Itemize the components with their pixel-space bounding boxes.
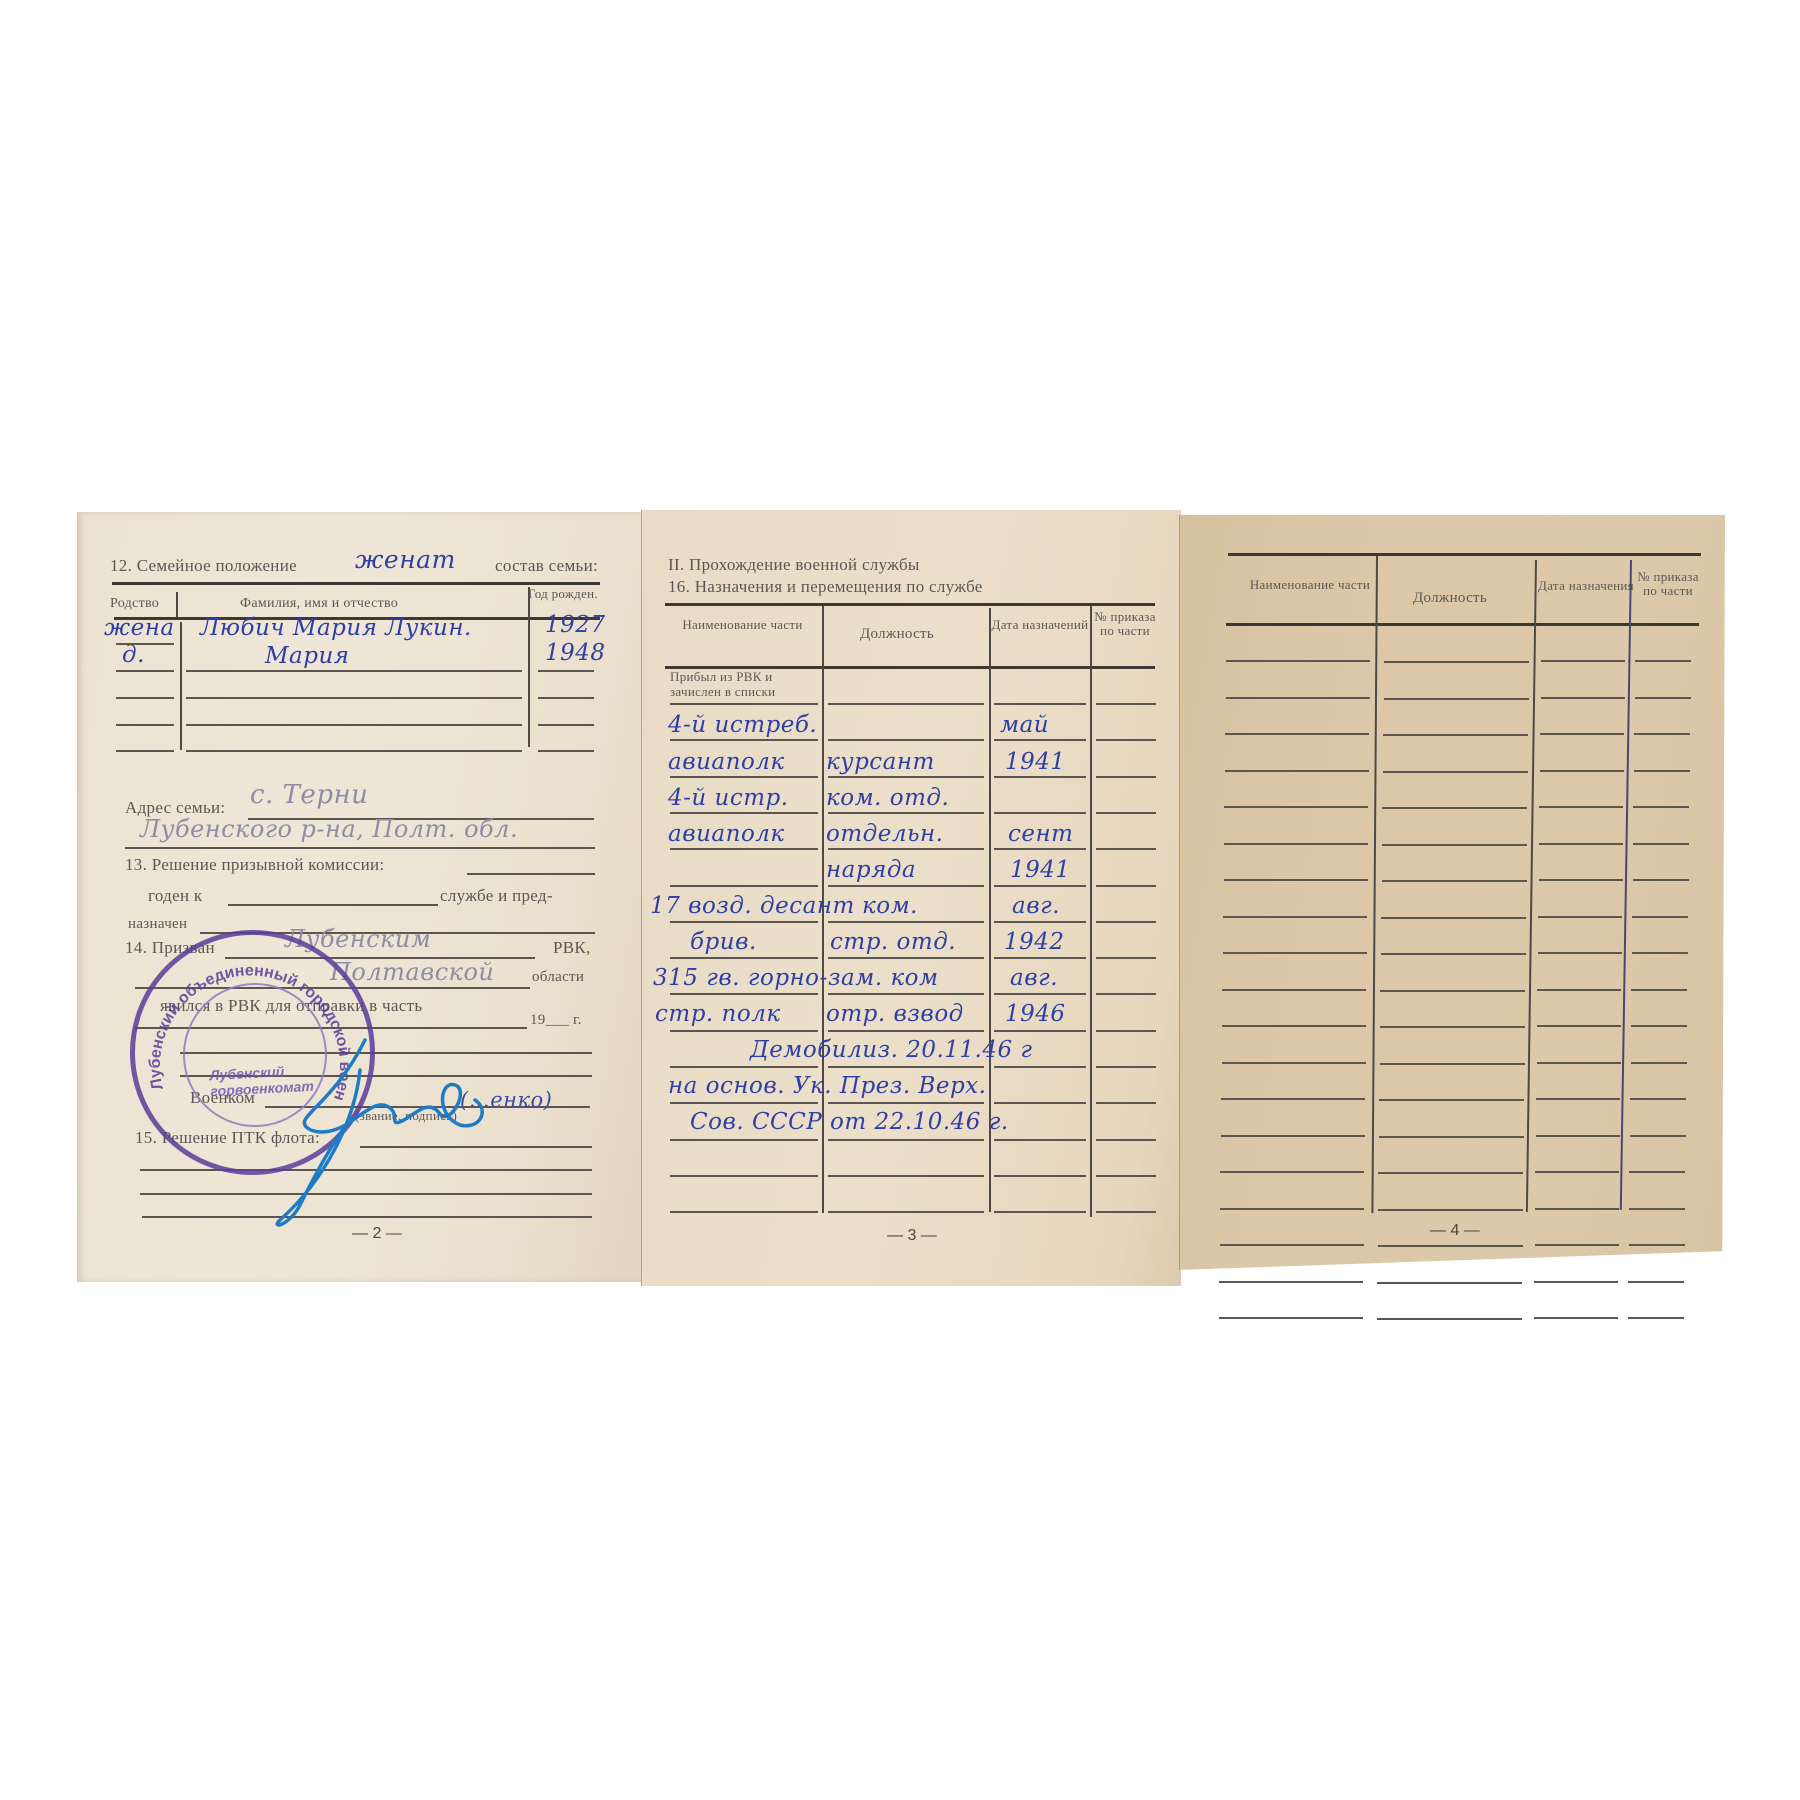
service-row-5-position: наряда [826,857,916,883]
row-line [1377,1318,1522,1320]
row-line [670,1175,818,1177]
service-row-3-unit: 4-й истр. [668,785,789,811]
table-rule [665,603,1155,606]
page4-header-unit: Наименование части [1240,578,1380,592]
rvk-label: РВК, [553,938,591,958]
service-row-1-date: май [1000,712,1049,738]
row-line [1535,1208,1619,1210]
row-line [1222,1062,1366,1064]
commissar-signature [270,1030,520,1240]
family-row-2-name: Мария [265,643,350,669]
row-line [1540,733,1624,735]
row-line [994,993,1086,995]
family-row-1-name: Любич Мария Лукин. [200,615,472,641]
page4-header-position: Должность [1413,590,1487,607]
row-line [1219,1281,1363,1283]
row-line [1224,806,1368,808]
row-line [1635,660,1691,662]
row-line [1225,733,1369,735]
row-line [828,885,984,887]
address-line-2-handwritten: Лубенского р-на, Полт. обл. [140,815,518,843]
row-line [116,643,174,645]
row-line [1222,989,1366,991]
section-13-label: 13. Решение призывной комиссии: [125,855,384,875]
row-line [1224,879,1368,881]
fit-for-label: годен к [148,886,202,906]
row-line [1220,1244,1364,1246]
row-line [994,1211,1086,1213]
family-header-name: Фамилия, имя и отчество [240,596,398,612]
row-line [828,1211,984,1213]
row-line [994,1066,1086,1068]
section-12-label: 12. Семейное положение [110,556,297,576]
service-row-2-unit: авиаполк [668,749,785,775]
row-line [828,703,984,705]
row-line [186,697,522,699]
row-line [1536,1135,1620,1137]
family-composition-label: состав семьи: [495,556,598,576]
row-line [1096,739,1156,741]
row-line [994,921,1086,923]
row-line [1534,1317,1618,1319]
row-line [116,750,174,752]
demobilization-note-line-3: Сов. СССР от 22.10.46 г. [690,1109,1009,1135]
service-header-order: № приказа по части [1092,610,1158,638]
row-line [828,1102,984,1104]
row-line [1382,807,1527,809]
fill-line [467,873,595,875]
row-line [1223,952,1367,954]
row-line [994,848,1086,850]
service-row-2-position: курсант [826,749,935,775]
row-line [828,921,984,923]
row-line [1226,697,1370,699]
page4-header-order: № приказа по части [1634,570,1702,598]
page-number-3: — 3 — [887,1227,937,1245]
row-line [1541,660,1625,662]
row-line [1536,1098,1620,1100]
row-line [1632,916,1688,918]
service-header-unit: Наименование части [670,618,815,632]
row-line [1224,843,1368,845]
row-line [1380,1026,1525,1028]
arrived-from-rvk-label: Прибыл из РВК и зачислен в списки [670,669,820,699]
address-line [125,847,595,849]
row-line [1535,1171,1619,1173]
row-line [828,993,984,995]
row-line [1096,1175,1156,1177]
row-line [1537,1025,1621,1027]
family-row-1-year: 1927 [545,612,606,638]
row-line [1096,1211,1156,1213]
year-label: 19___ г. [530,1012,582,1029]
row-line [828,1175,984,1177]
row-line [670,812,818,814]
service-label: службе и пред- [440,886,553,906]
row-line [1096,1066,1156,1068]
row-line [1632,952,1688,954]
service-row-5-date: 1941 [1010,857,1071,883]
row-line [538,724,594,726]
row-line [1096,703,1156,705]
row-line [1379,1099,1524,1101]
row-line [1383,734,1528,736]
row-line [1534,1281,1618,1283]
row-line [1629,1244,1685,1246]
family-row-2-year: 1948 [545,640,606,666]
service-row-8-date: авг. [1010,965,1058,991]
row-line [828,957,984,959]
row-line [670,1030,818,1032]
service-row-6-date: авг. [1012,893,1060,919]
service-row-7-unit: брив. [690,929,757,955]
page-number-4: — 4 — [1430,1222,1480,1240]
table-rule [112,582,600,585]
row-line [1381,953,1526,955]
row-line [186,724,522,726]
row-line [1378,1209,1523,1211]
row-line [1633,806,1689,808]
row-line [1219,1317,1363,1319]
row-line [1628,1317,1684,1319]
row-line [1629,1171,1685,1173]
family-row-2-relation: д. [122,642,145,668]
family-header-year: Год рожден. [528,587,598,601]
row-line [994,1030,1086,1032]
row-line [994,812,1086,814]
row-line [670,921,818,923]
row-line [828,848,984,850]
row-line [1379,1136,1524,1138]
row-line [1634,770,1690,772]
row-line [1629,1208,1685,1210]
row-line [1383,771,1528,773]
row-line [1631,1025,1687,1027]
column-divider [528,587,530,747]
column-divider [180,622,182,750]
row-line [1221,1135,1365,1137]
row-line [1630,1098,1686,1100]
row-line [994,957,1086,959]
row-line [1096,776,1156,778]
row-line [670,703,818,705]
row-line [994,1139,1086,1141]
row-line [1378,1172,1523,1174]
row-line [1635,697,1691,699]
row-line [670,848,818,850]
row-line [994,739,1086,741]
service-row-2-date: 1941 [1005,749,1066,775]
row-line [1382,844,1527,846]
row-line [1222,1025,1366,1027]
row-line [670,1211,818,1213]
service-row-1-unit: 4-й истреб. [668,712,817,738]
row-line [670,1066,818,1068]
assigned-label: назначен [128,916,187,933]
row-line [994,776,1086,778]
row-line [1537,1062,1621,1064]
row-line [670,1102,818,1104]
row-line [1631,989,1687,991]
row-line [828,1066,984,1068]
row-line [994,1175,1086,1177]
service-row-4-position: отдельн. [826,821,943,847]
row-line [538,670,594,672]
row-line [1377,1282,1522,1284]
row-line [186,750,522,752]
row-line [1539,843,1623,845]
row-line [1096,1030,1156,1032]
row-line [1539,806,1623,808]
row-line [1378,1245,1523,1247]
row-line [1096,1139,1156,1141]
row-line [1382,880,1527,882]
row-line [670,957,818,959]
row-line [670,885,818,887]
row-line [1538,952,1622,954]
demobilization-note-line-1: Демобилиз. 20.11.46 г [750,1037,1033,1063]
service-row-6-unit: 17 возд. десант [650,893,855,919]
row-line [1096,921,1156,923]
service-row-7-position: стр. отд. [830,929,956,955]
row-line [1540,770,1624,772]
row-line [828,812,984,814]
service-row-7-date: 1942 [1004,929,1065,955]
service-row-9-date: 1946 [1005,1001,1066,1027]
row-line [1096,812,1156,814]
row-line [828,1030,984,1032]
row-line [186,670,522,672]
row-line [116,697,174,699]
row-line [994,1102,1086,1104]
row-line [1535,1244,1619,1246]
row-line [828,1139,984,1141]
row-line [994,703,1086,705]
row-line [1628,1281,1684,1283]
row-line [828,776,984,778]
row-line [116,670,174,672]
row-line [1096,957,1156,959]
service-row-3-position: ком. отд. [826,785,949,811]
row-line [538,750,594,752]
row-line [1633,843,1689,845]
service-row-9-position: отр. взвод [826,1001,964,1027]
table-rule [1228,553,1701,556]
row-line [1096,1102,1156,1104]
row-line [1226,660,1370,662]
row-line [1380,990,1525,992]
row-line [1631,1062,1687,1064]
row-line [1220,1208,1364,1210]
row-line [1225,770,1369,772]
row-line [994,885,1086,887]
row-line [1384,661,1529,663]
row-line [1538,916,1622,918]
service-header-position: Должность [860,626,934,643]
row-line [1380,1063,1525,1065]
row-line [670,1139,818,1141]
row-line [538,697,594,699]
page-4 [1179,515,1725,1270]
row-line [670,993,818,995]
column-divider [176,592,178,617]
page4-header-date: Дата назначения [1537,579,1635,593]
row-line [670,739,818,741]
row-line [1096,885,1156,887]
row-line [116,724,174,726]
row-line [1634,733,1690,735]
row-line [828,739,984,741]
family-header-relation: Родство [110,596,159,612]
service-row-8-position: зам. ком [828,965,939,991]
service-row-9-unit: стр. полк [655,1001,781,1027]
marital-status-handwritten: женат [355,545,456,574]
service-row-4-date: сент [1008,821,1073,847]
section-title: II. Прохождение военной службы [668,555,920,575]
column-divider [1090,605,1092,1217]
row-line [1221,1098,1365,1100]
row-line [1541,697,1625,699]
subsection-title: 16. Назначения и перемещения по службе [668,577,983,597]
service-row-8-unit: 315 гв. горно- [653,965,828,991]
family-row-1-relation: жена [104,615,175,641]
service-header-date: Дата назначений [990,618,1090,632]
fill-line [228,904,438,906]
service-row-6-position: ком. [862,893,918,919]
row-line [1537,989,1621,991]
row-line [1381,917,1526,919]
row-line [1220,1171,1364,1173]
row-line [1633,879,1689,881]
address-line-1-handwritten: с. Терни [250,780,368,810]
row-line [1096,848,1156,850]
row-line [1539,879,1623,881]
service-row-4-unit: авиаполк [668,821,785,847]
row-line [1384,698,1529,700]
row-line [1223,916,1367,918]
region-label: области [532,969,584,986]
row-line [1096,993,1156,995]
row-line [1630,1135,1686,1137]
demobilization-note-line-2: на основ. Ук. През. Верх. [668,1073,986,1099]
row-line [670,776,818,778]
